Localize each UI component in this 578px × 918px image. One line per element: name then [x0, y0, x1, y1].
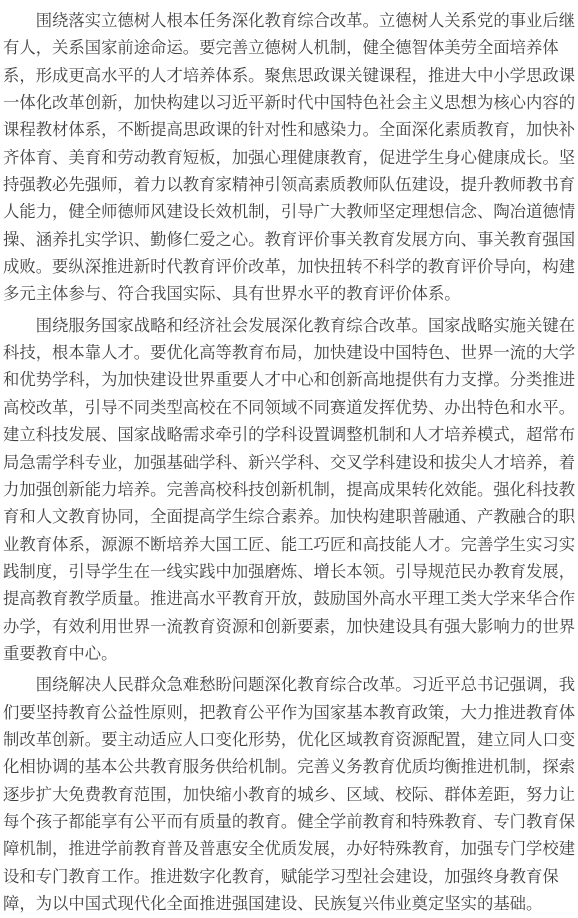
- paragraph-national-strategy: 围绕服务国家战略和经济社会发展深化教育综合改革。国家战略实施关键在科技，根本靠人…: [3, 313, 576, 668]
- paragraph-lide-shuren: 围绕落实立德树人根本任务深化教育综合改革。立德树人关系党的事业后继有人，关系国家…: [3, 8, 576, 309]
- document-page: 围绕落实立德树人根本任务深化教育综合改革。立德树人关系党的事业后继有人，关系国家…: [0, 0, 578, 918]
- paragraph-public-concerns: 围绕解决人民群众急难愁盼问题深化教育综合改革。习近平总书记强调，我们要坚持教育公…: [3, 672, 576, 918]
